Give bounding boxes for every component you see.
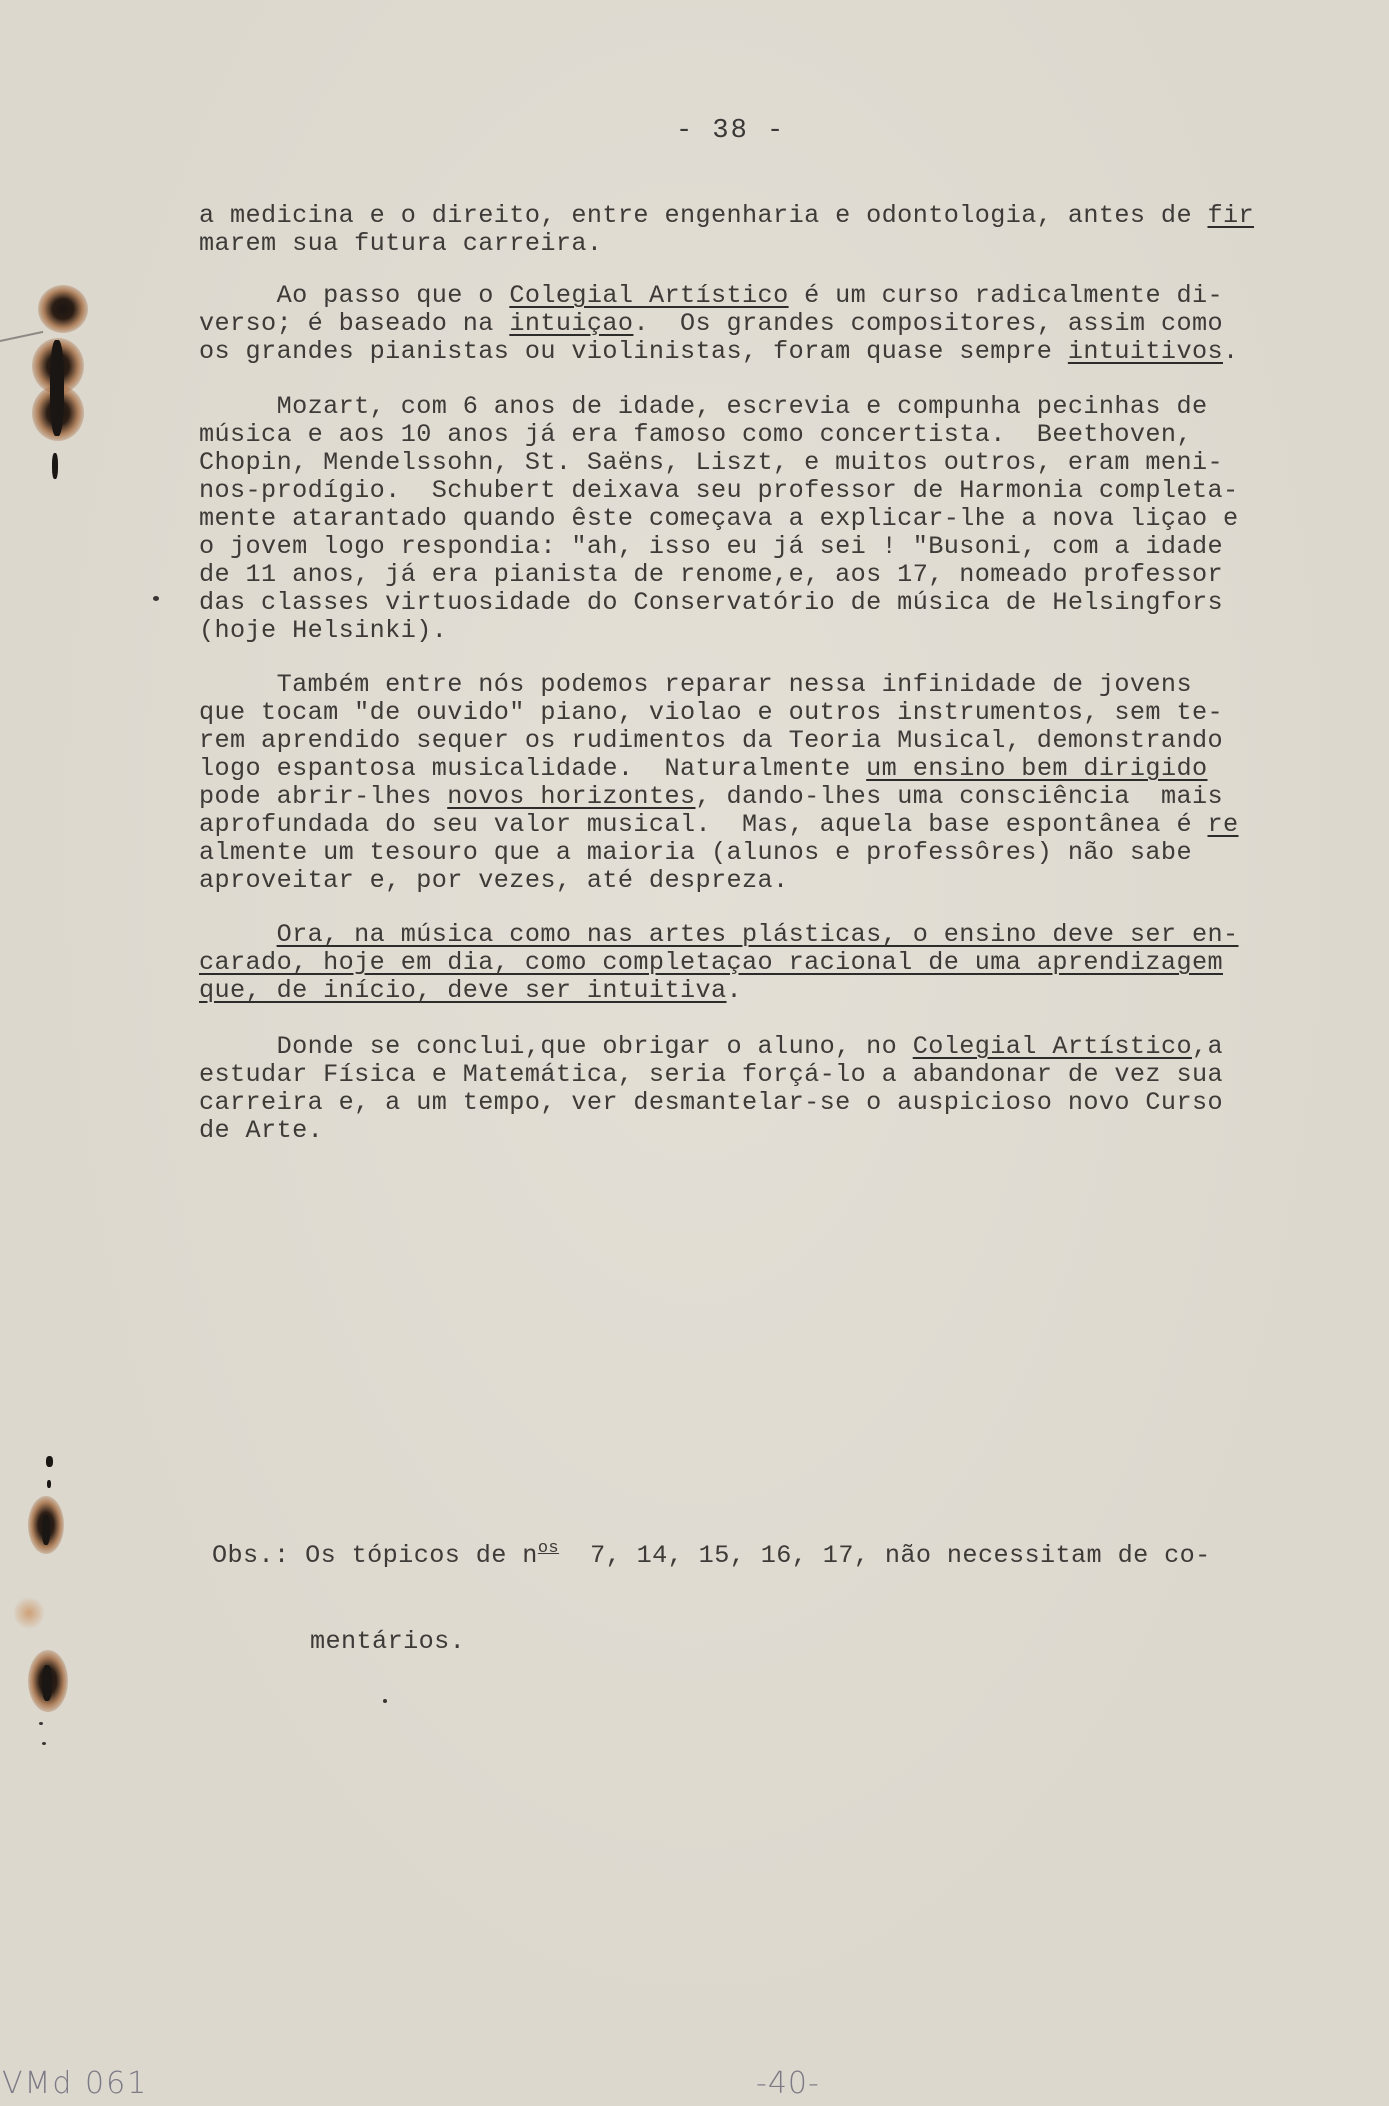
text-segment: carreira e, a um tempo, ver desmantelar-… <box>199 1088 1223 1117</box>
underlined-text: novos horizontes <box>447 782 695 811</box>
text-line: logo espantosa musicalidade. Naturalment… <box>199 755 1239 783</box>
text-line: aprofundada do seu valor musical. Mas, a… <box>199 811 1239 839</box>
text-segment: . <box>727 976 743 1005</box>
underlined-text: fir <box>1207 201 1254 230</box>
observation-label: Obs.: <box>212 1541 290 1570</box>
page-number: - 38 - <box>676 116 785 146</box>
text-line: almente um tesouro que a maioria (alunos… <box>199 839 1239 867</box>
underlined-text: carado, hoje em dia, como completaçao ra… <box>199 948 1223 977</box>
burn-mark-5 <box>14 1597 44 1629</box>
text-line: Chopin, Mendelssohn, St. Saëns, Liszt, e… <box>199 449 1239 477</box>
archive-code: VMd 061 <box>2 2066 148 2101</box>
text-line: os grandes pianistas ou violinistas, for… <box>199 338 1239 366</box>
underlined-text: re <box>1207 810 1238 839</box>
document-body: a medicina e o direito, entre engenharia… <box>199 202 1339 398</box>
text-segment: ,a <box>1192 1032 1223 1061</box>
text-line: rem aprendido sequer os rudimentos da Te… <box>199 727 1239 755</box>
observation-line-1: Obs.: Os tópicos de nos 7, 14, 15, 16, 1… <box>212 1541 1211 1569</box>
plural-ordinal-superscript: os <box>538 1539 559 1558</box>
text-segment: aproveitar e, por vezes, até despreza. <box>199 866 789 895</box>
observation-line-2: mentários. <box>212 1627 1211 1655</box>
speck <box>42 1742 46 1745</box>
text-line: de Arte. <box>199 1117 1223 1145</box>
text-segment: , dando-lhes uma consciência mais <box>696 782 1224 811</box>
text-segment: Donde se conclui,que obrigar o aluno, no <box>199 1032 913 1061</box>
underlined-text: Colegial Artístico <box>509 281 788 310</box>
text-line: de 11 anos, já era pianista de renome,e,… <box>199 561 1239 589</box>
burn-core-3 <box>46 1456 53 1467</box>
text-line: Donde se conclui,que obrigar o aluno, no… <box>199 1033 1223 1061</box>
paragraph-6: Donde se conclui,que obrigar o aluno, no… <box>199 1033 1223 1145</box>
speck <box>383 1699 387 1703</box>
burn-core-4 <box>47 1480 51 1488</box>
text-segment: música e aos 10 anos já era famoso como … <box>199 420 1192 449</box>
burn-core-6 <box>42 1665 52 1701</box>
text-line: estudar Física e Matemática, seria forçá… <box>199 1061 1223 1089</box>
text-segment: nos-prodígio. Schubert deixava seu profe… <box>199 476 1239 505</box>
text-line: aproveitar e, por vezes, até despreza. <box>199 867 1239 895</box>
text-segment: Também entre nós podemos reparar nessa i… <box>199 670 1192 699</box>
speck <box>153 596 159 601</box>
underlined-text: Ora, na música como nas artes plásticas,… <box>277 920 1239 949</box>
text-segment: de 11 anos, já era pianista de renome,e,… <box>199 560 1223 589</box>
paragraph-3: Mozart, com 6 anos de idade, escrevia e … <box>199 393 1239 645</box>
speck <box>39 1722 43 1725</box>
underlined-text: que, de início, deve ser intuitiva <box>199 976 727 1005</box>
observation-text: mentários. <box>310 1627 465 1656</box>
text-segment: verso; é baseado na <box>199 309 509 338</box>
paragraph-1: a medicina e o direito, entre engenharia… <box>199 202 1254 258</box>
observation-note: Obs.: Os tópicos de nos 7, 14, 15, 16, 1… <box>212 1483 1211 1684</box>
text-segment: mente atarantado quando êste começava a … <box>199 504 1239 533</box>
underlined-text: intuitivos <box>1068 337 1223 366</box>
text-segment: Ao passo que o <box>199 281 509 310</box>
burn-core-5 <box>42 1515 50 1545</box>
text-line: carado, hoje em dia, como completaçao ra… <box>199 949 1239 977</box>
text-segment <box>199 920 277 949</box>
text-segment: logo espantosa musicalidade. Naturalment… <box>199 754 866 783</box>
text-segment: . Os grandes compositores, assim como <box>633 309 1223 338</box>
text-segment: estudar Física e Matemática, seria forçá… <box>199 1060 1223 1089</box>
underlined-text: Colegial Artístico <box>913 1032 1192 1061</box>
text-segment: que tocam "de ouvido" piano, violao e ou… <box>199 698 1223 727</box>
paragraph-2: Ao passo que o Colegial Artístico é um c… <box>199 282 1239 366</box>
text-segment: Mozart, com 6 anos de idade, escrevia e … <box>199 392 1207 421</box>
text-line: Mozart, com 6 anos de idade, escrevia e … <box>199 393 1239 421</box>
text-segment: o jovem logo respondia: "ah, isso eu já … <box>199 532 1223 561</box>
observation-text: 7, 14, 15, 16, 17, não necessitam de co- <box>559 1541 1211 1570</box>
observation-text: Os tópicos de n <box>290 1541 538 1570</box>
text-line: Ora, na música como nas artes plásticas,… <box>199 921 1239 949</box>
text-segment: a medicina e o direito, entre engenharia… <box>199 201 1207 230</box>
text-line: marem sua futura carreira. <box>199 230 1254 258</box>
text-segment: é um curso radicalmente di- <box>789 281 1223 310</box>
text-segment: das classes virtuosidade do Conservatóri… <box>199 588 1223 617</box>
text-line: nos-prodígio. Schubert deixava seu profe… <box>199 477 1239 505</box>
handwritten-page-number: -40- <box>756 2066 820 2101</box>
text-segment: almente um tesouro que a maioria (alunos… <box>199 838 1192 867</box>
text-line: carreira e, a um tempo, ver desmantelar-… <box>199 1089 1223 1117</box>
text-line: Também entre nós podemos reparar nessa i… <box>199 671 1239 699</box>
text-segment: Chopin, Mendelssohn, St. Saëns, Liszt, e… <box>199 448 1223 477</box>
burn-mark-1 <box>38 285 88 333</box>
text-line: verso; é baseado na intuiçao. Os grandes… <box>199 310 1239 338</box>
text-line: que tocam "de ouvido" piano, violao e ou… <box>199 699 1239 727</box>
text-segment: pode abrir-lhes <box>199 782 447 811</box>
text-line: a medicina e o direito, entre engenharia… <box>199 202 1254 230</box>
text-line: (hoje Helsinki). <box>199 617 1239 645</box>
text-line: o jovem logo respondia: "ah, isso eu já … <box>199 533 1239 561</box>
burn-core-1 <box>50 340 64 436</box>
paragraph-4: Também entre nós podemos reparar nessa i… <box>199 671 1239 895</box>
text-segment: os grandes pianistas ou violinistas, for… <box>199 337 1068 366</box>
text-line: das classes virtuosidade do Conservatóri… <box>199 589 1239 617</box>
text-segment: rem aprendido sequer os rudimentos da Te… <box>199 726 1223 755</box>
text-segment: de Arte. <box>199 1116 323 1145</box>
text-line: que, de início, deve ser intuitiva. <box>199 977 1239 1005</box>
text-segment: . <box>1223 337 1239 366</box>
underlined-text: intuiçao <box>509 309 633 338</box>
text-segment: marem sua futura carreira. <box>199 229 602 258</box>
underlined-text: um ensino bem dirigido <box>866 754 1207 783</box>
text-line: música e aos 10 anos já era famoso como … <box>199 421 1239 449</box>
text-segment: (hoje Helsinki). <box>199 616 447 645</box>
paragraph-5: Ora, na música como nas artes plásticas,… <box>199 921 1239 1005</box>
text-line: pode abrir-lhes novos horizontes, dando-… <box>199 783 1239 811</box>
text-segment: aprofundada do seu valor musical. Mas, a… <box>199 810 1207 839</box>
text-line: Ao passo que o Colegial Artístico é um c… <box>199 282 1239 310</box>
burn-core-2 <box>52 453 58 479</box>
text-line: mente atarantado quando êste começava a … <box>199 505 1239 533</box>
